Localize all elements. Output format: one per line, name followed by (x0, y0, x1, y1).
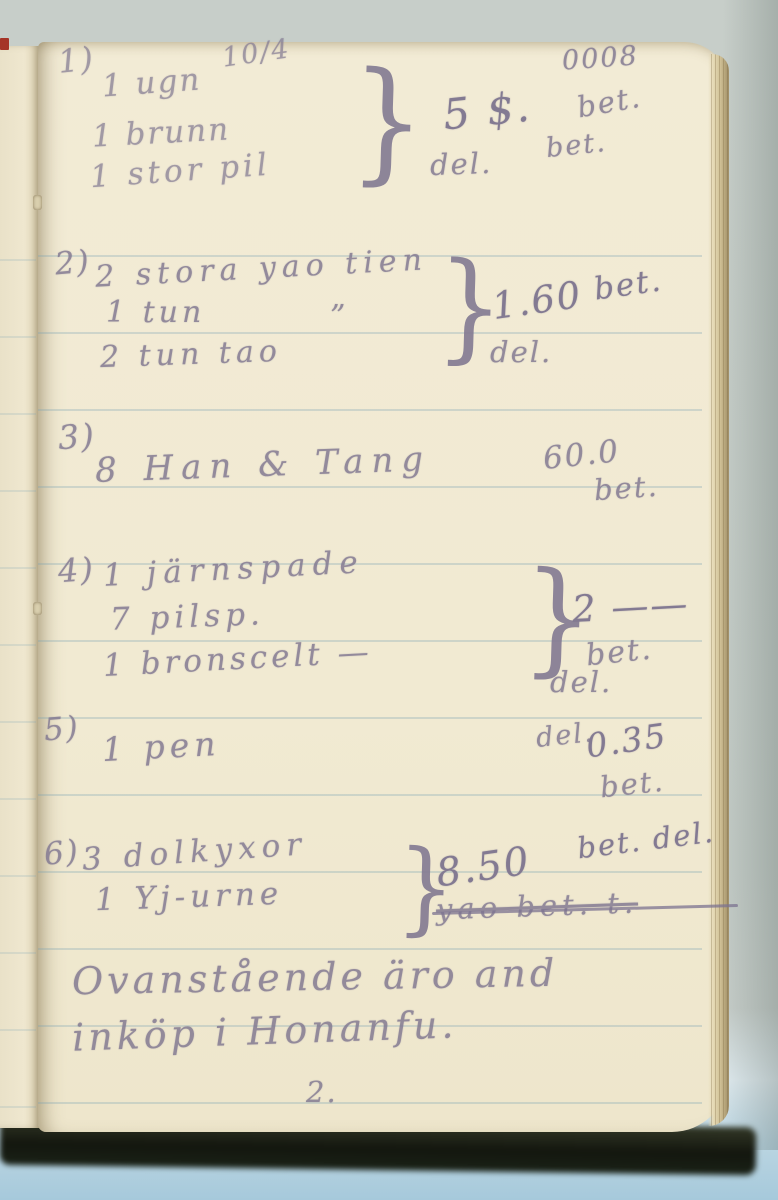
entry-2-item-3: 2 tun tao (100, 337, 283, 373)
entry-6-item-1: 3 dolkyxor (81, 829, 308, 876)
entry-2-note-del: del. (490, 338, 552, 367)
brace-icon: } (348, 60, 427, 182)
entry-3-number: 3) (57, 419, 97, 455)
entry-1-item-3: 1 stor pil (89, 150, 272, 194)
entry-1-note-del: del. (430, 149, 493, 180)
entry-2-number: 2) (54, 246, 92, 280)
entry-1-amount: 5 $. (441, 86, 533, 137)
ditto-mark: ” (330, 302, 347, 332)
entry-1-note-bet: bet. (575, 83, 644, 123)
entry-4-number: 4) (57, 553, 96, 587)
entry-6-item-2: 1 Yj-urne (95, 879, 284, 917)
entry-3-note-bet: bet. (593, 472, 659, 505)
entry-1-item-1: 1 ugn (101, 65, 202, 103)
entry-4-item-2: 7 pilsp. (110, 599, 266, 635)
entry-6-number: 6) (42, 836, 81, 871)
scanned-notebook-photo: 0008 10/4 1) 1 ugn 1 brunn 1 stor pil } … (0, 0, 778, 1200)
entry-1-note-bet-2: bet. (545, 129, 608, 162)
entry-3-item-1: 8 Han & Tang (95, 442, 432, 488)
entry-2-note-bet: bet. (592, 265, 664, 305)
entry-4-note-del: del. (550, 668, 612, 697)
entry-5-item-1: 1 pen (101, 727, 221, 766)
page-number: 2. (306, 1078, 338, 1107)
entry-4-item-3: 1 bronscelt — (102, 637, 373, 682)
entry-6-amount: 8.50 (434, 842, 533, 894)
footer-note-line-1: Ovanstående äro and (72, 954, 559, 1000)
footer-note-line-2: inköp i Honanfu. (71, 1005, 457, 1056)
entry-3-amount: 60.0 (542, 436, 622, 475)
entry-2-item-1: 2 stora yao tien (94, 245, 428, 292)
entry-2-item-2: 1 tun (106, 298, 205, 328)
entry-5-amount: 0.35 (584, 718, 669, 762)
entry-5-note-bet: bet. (599, 767, 666, 803)
entry-1-item-2: 1 brunn (91, 114, 231, 152)
entry-6-note-bet-del: bet. del. (576, 818, 717, 864)
stamp-number: 0008 (561, 42, 639, 74)
handwriting-layer: 0008 10/4 1) 1 ugn 1 brunn 1 stor pil } … (0, 0, 778, 1200)
entry-1-number: 1) (56, 42, 96, 78)
entry-4-amount: 2 —— (571, 585, 690, 628)
entry-4-item-1: 1 järnspade (102, 547, 365, 592)
entry-2-amount: 1.60 (490, 276, 585, 325)
entry-5-number: 5) (43, 712, 81, 746)
date-label: 10/4 (220, 35, 292, 71)
